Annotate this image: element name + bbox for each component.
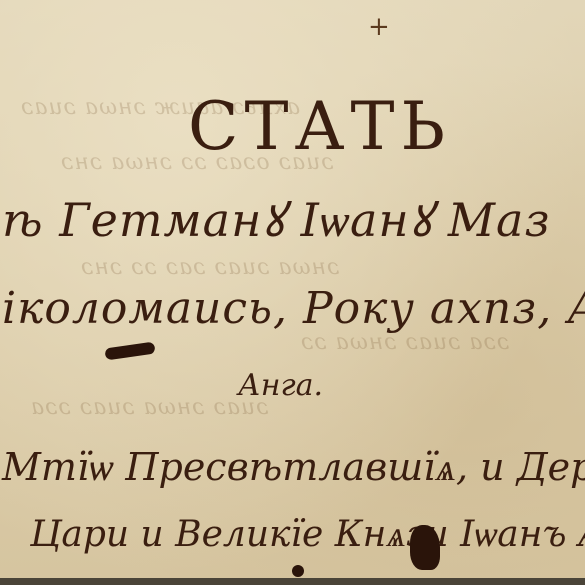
text-line-4: Мтїѡ Пресвѣтлавшїѧ, и Держави bbox=[2, 445, 585, 490]
text-line-1: ѣ Гетманꙋ Іѡанꙋ Маз bbox=[2, 188, 551, 250]
text-line-3: Анга. bbox=[238, 368, 323, 403]
manuscript-page: ахльɔ ааиж ɔнωa ɔиаɔ ɔиаɔ оɔаɔ ɔɔ ɔнωa ɔ… bbox=[0, 0, 585, 578]
bottom-edge-strip bbox=[0, 578, 585, 585]
ink-dot bbox=[292, 565, 304, 577]
ink-blot bbox=[410, 525, 440, 570]
ink-stroke bbox=[104, 342, 155, 361]
bleed-through-text: ɔнωa ɔиаɔ ɔаɔ ɔɔ ɔнɔ bbox=[80, 255, 339, 280]
text-line-2: іколомаись, Року ахпз, Ак bbox=[2, 283, 585, 334]
document-title: СТАТЬ bbox=[188, 88, 451, 165]
bleed-through-text: ɔиаɔ ɔнωa ɔиаɔ ɔɔа bbox=[30, 395, 268, 420]
cross-mark: + bbox=[368, 12, 390, 42]
text-line-5: Цари и Великїе Кнѧзи Іѡанъ Ал bbox=[30, 513, 585, 555]
